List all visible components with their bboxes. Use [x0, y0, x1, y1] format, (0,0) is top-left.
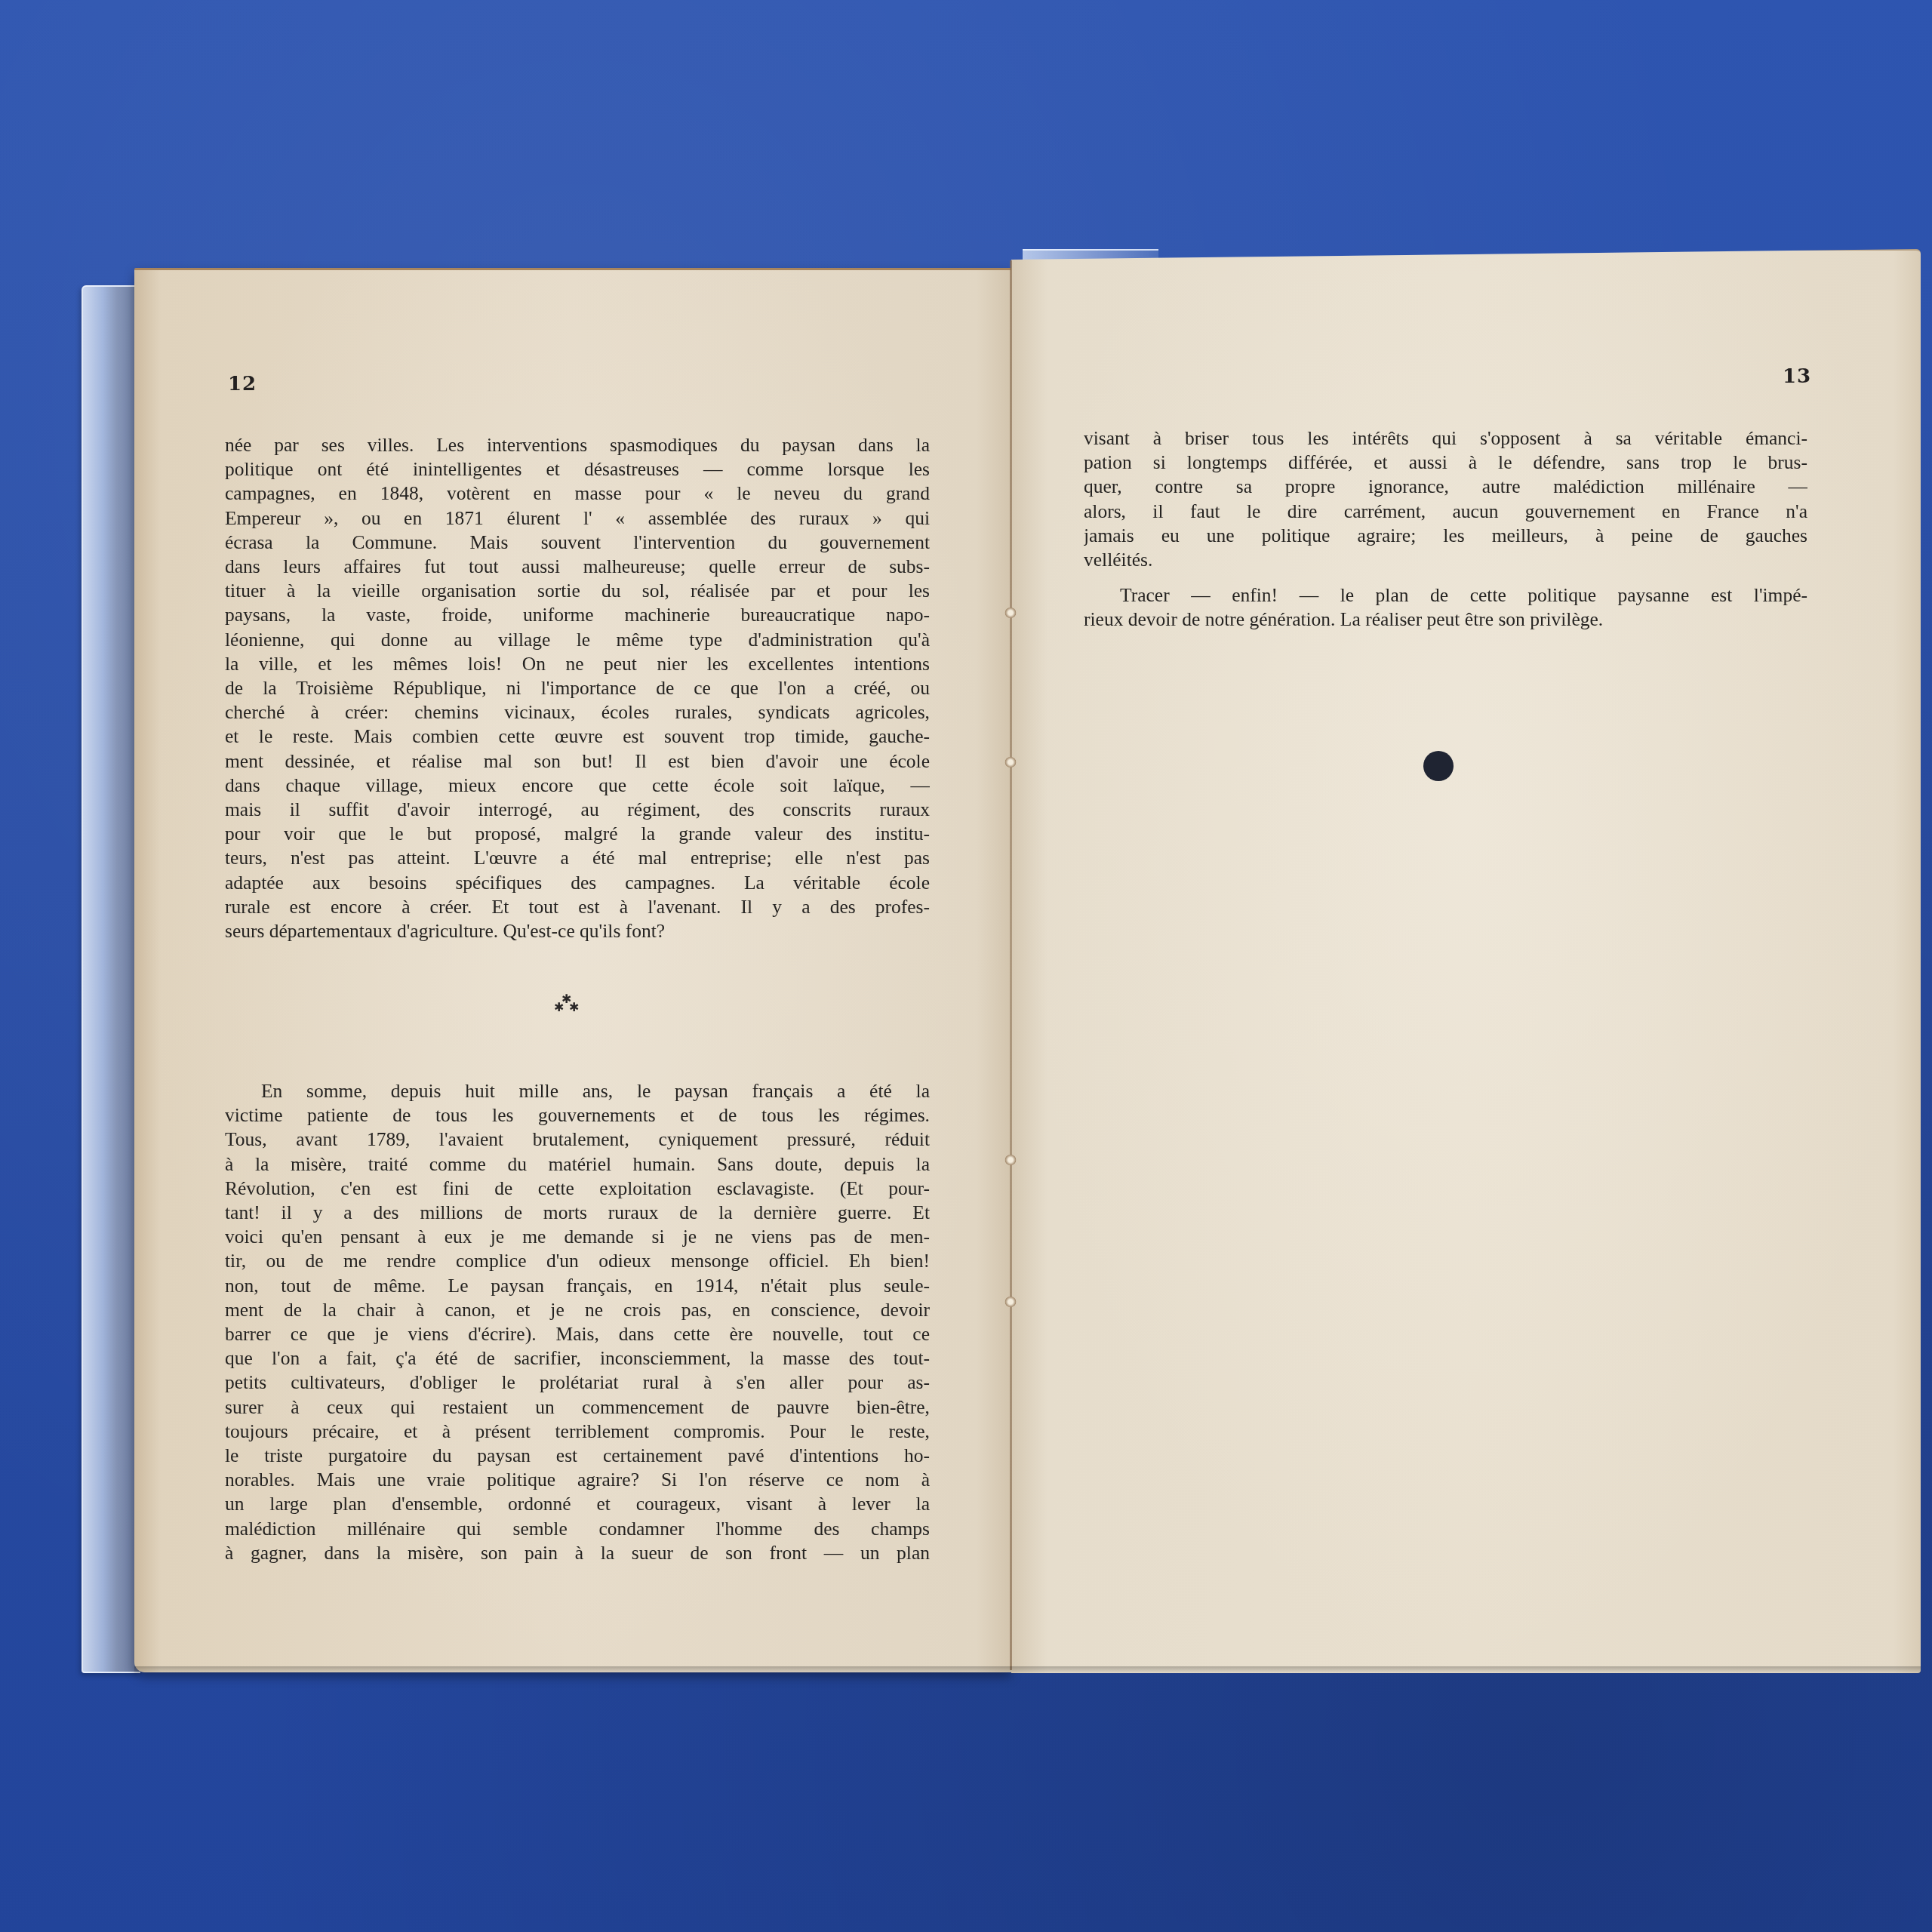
text-line: norables. Mais une vraie politique agrai…: [225, 1468, 930, 1492]
text-line: surer à ceux qui restaient un commenceme…: [225, 1395, 930, 1420]
text-line: Tracer — enfin! — le plan de cette polit…: [1084, 583, 1807, 608]
text-line: née par ses villes. Les interventions sp…: [225, 433, 930, 457]
binding-stitch: [1004, 1297, 1017, 1307]
text-line: petits cultivateurs, d'obliger le prolét…: [225, 1371, 930, 1395]
text-line: velléités.: [1084, 548, 1807, 572]
text-line: tituer à la vieille organisation sortie …: [225, 579, 930, 603]
left-paragraph-1: née par ses villes. Les interventions sp…: [225, 433, 930, 943]
text-line: victime patiente de tous les gouvernemen…: [225, 1103, 930, 1128]
text-line: à la misère, traité comme du matériel hu…: [225, 1152, 930, 1177]
text-line: visant à briser tous les intérêts qui s'…: [1084, 426, 1807, 451]
text-line: dans leurs affaires fut tout aussi malhe…: [225, 555, 930, 579]
text-line: teurs, n'est pas atteint. L'œuvre a été …: [225, 846, 930, 870]
text-line: que l'on a fait, ç'a été de sacrifier, i…: [225, 1346, 930, 1371]
text-line: ment dessinée, et réalise mal son but! I…: [225, 749, 930, 774]
text-line: Tous, avant 1789, l'avaient brutalement,…: [225, 1128, 930, 1152]
right-paragraph-1: visant à briser tous les intérêts qui s'…: [1084, 426, 1807, 572]
text-line: à gagner, dans la misère, son pain à la …: [225, 1541, 930, 1565]
text-line: Révolution, c'en est fini de cette explo…: [225, 1177, 930, 1201]
text-line: Empereur », ou en 1871 élurent l' « asse…: [225, 506, 930, 531]
text-line: voici qu'en pensant à eux je me demande …: [225, 1225, 930, 1249]
text-line: rieux devoir de notre génération. La réa…: [1084, 608, 1807, 632]
text-line: dans chaque village, mieux encore que ce…: [225, 774, 930, 798]
text-line: quer, contre sa propre ignorance, autre …: [1084, 475, 1807, 499]
text-line: pation si longtemps différée, et aussi à…: [1084, 451, 1807, 475]
text-line: politique ont été inintelligentes et dés…: [225, 457, 930, 481]
text-line: mais il suffit d'avoir interrogé, au rég…: [225, 798, 930, 822]
text-line: écrasa la Commune. Mais souvent l'interv…: [225, 531, 930, 555]
text-line: de la Troisième République, ni l'importa…: [225, 676, 930, 700]
book-gutter: [1010, 260, 1012, 1670]
text-line: non, tout de même. Le paysan français, e…: [225, 1274, 930, 1298]
text-line: paysans, la vaste, froide, uniforme mach…: [225, 603, 930, 627]
text-line: En somme, depuis huit mille ans, le pays…: [225, 1079, 930, 1103]
binding-stitch: [1004, 608, 1017, 618]
page-bottom-shadow: [134, 1666, 1921, 1674]
text-line: pour voir que le but proposé, malgré la …: [225, 822, 930, 846]
text-line: le triste purgatoire du paysan est certa…: [225, 1444, 930, 1468]
text-line: la ville, et les mêmes lois! On ne peut …: [225, 652, 930, 676]
right-paragraph-2: Tracer — enfin! — le plan de cette polit…: [1084, 583, 1807, 632]
text-line: tir, ou de me rendre complice d'un odieu…: [225, 1249, 930, 1273]
binding-stitch: [1004, 757, 1017, 768]
text-line: ment de la chair à canon, et je ne crois…: [225, 1298, 930, 1322]
text-line: rurale est encore à créer. Et tout est à…: [225, 895, 930, 919]
text-line: et le reste. Mais combien cette œuvre es…: [225, 724, 930, 749]
left-paragraph-2: En somme, depuis huit mille ans, le pays…: [225, 1079, 930, 1565]
page-number-right: 13: [1783, 365, 1811, 388]
text-line: adaptée aux besoins spécifiques des camp…: [225, 871, 930, 895]
plastic-sleeve: [82, 285, 140, 1673]
text-line: barrer ce que je viens d'écrire). Mais, …: [225, 1322, 930, 1346]
page-number-left: 12: [228, 373, 257, 395]
text-line: tant! il y a des millions de morts rurau…: [225, 1201, 930, 1225]
text-line: jamais eu une politique agraire; les mei…: [1084, 524, 1807, 548]
text-line: seurs départementaux d'agriculture. Qu'e…: [225, 919, 930, 943]
text-line: toujours précaire, et à présent terrible…: [225, 1420, 930, 1444]
text-line: un large plan d'ensemble, ordonné et cou…: [225, 1492, 930, 1516]
text-line: léonienne, qui donne au village le même …: [225, 628, 930, 652]
text-line: campagnes, en 1848, votèrent en masse po…: [225, 481, 930, 506]
text-line: alors, il faut le dire carrément, aucun …: [1084, 500, 1807, 524]
text-line: cherché à créer: chemins vicinaux, école…: [225, 700, 930, 724]
end-mark-dot-icon: [1423, 751, 1454, 781]
text-line: malédiction millénaire qui semble condam…: [225, 1517, 930, 1541]
asterism-section-break-icon: ✱ ✱ ✱: [554, 993, 580, 1014]
binding-stitch: [1004, 1155, 1017, 1165]
